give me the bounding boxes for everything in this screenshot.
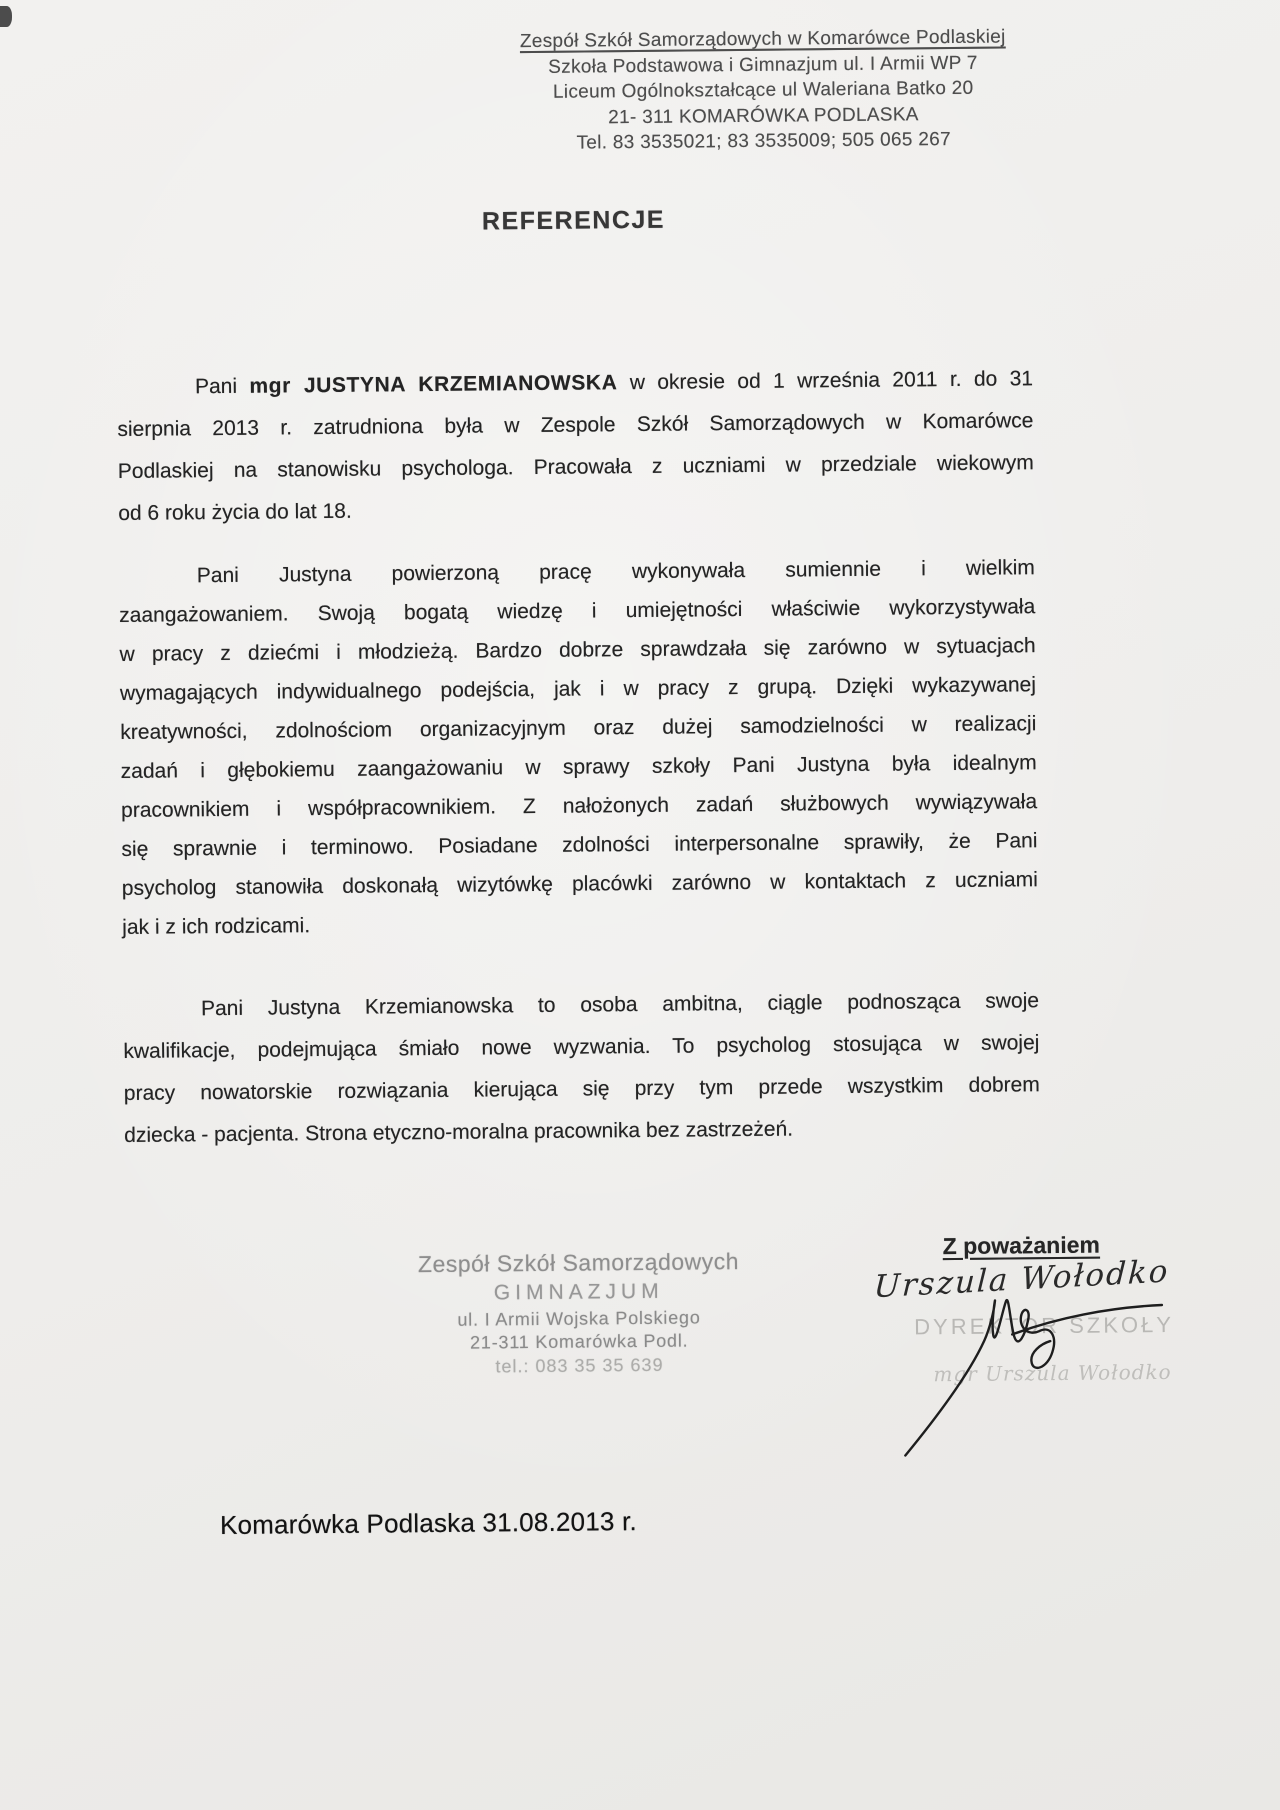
school-stamp: Zespół Szkół Samorządowych GIMNAZJUM ul.… xyxy=(343,1245,814,1380)
place-and-date: Komarówka Podlaska 31.08.2013 r. xyxy=(220,1506,637,1541)
school-stamp-name: Zespół Szkół Samorządowych xyxy=(343,1245,813,1280)
first-line-rest: w okresie od 1 września 2011 r. do 31 xyxy=(617,367,1033,394)
text-line: jak i z ich rodzicami. xyxy=(122,899,1038,947)
scanned-letter-page: Zespół Szkół Samorządowych w Komarówce P… xyxy=(0,0,1280,1810)
salutation-text: Pani xyxy=(195,375,250,399)
school-stamp-phone: tel.: 083 35 35 639 xyxy=(344,1351,814,1380)
letterhead-line: Tel. 83 3535021; 83 3535009; 505 065 267 xyxy=(511,126,1017,156)
text-line: pracy nowatorskie rozwiązania kierująca … xyxy=(124,1064,1040,1115)
document-title: REFERENCJE xyxy=(115,202,1031,240)
paragraph-employment: Pani mgr JUSTYNA KRZEMIANOWSKA w okresie… xyxy=(117,358,1035,535)
director-stamp-name: mgr Urszula Wołodko xyxy=(882,1359,1222,1386)
director-stamp-title: DYREKTOR SZKOŁY xyxy=(874,1312,1214,1341)
paragraph-performance: Pani Justyna powierzoną pracę wykonywała… xyxy=(119,548,1039,947)
text-line: dziecka - pacjenta. Strona etyczno-moral… xyxy=(124,1106,1040,1157)
paragraph-lines: sierpnia 2013 r. zatrudniona była w Zesp… xyxy=(117,400,1034,535)
letterhead-line: Liceum Ogólnokształcące ul Waleriana Bat… xyxy=(510,75,1016,105)
text-line: od 6 roku życia do lat 18. xyxy=(118,484,1034,535)
paragraph-character: Pani Justyna Krzemianowska to osoba ambi… xyxy=(123,980,1041,1157)
school-stamp-unit: GIMNAZJUM xyxy=(344,1275,814,1310)
signature-block: Z poważaniem Urszula Wołodko DYREKTOR SZ… xyxy=(851,1231,1192,1387)
letterhead: Zespół Szkół Samorządowych w Komarówce P… xyxy=(510,24,1017,156)
text-line: Podlaskiej na stanowisku psychologa. Pra… xyxy=(118,442,1034,493)
page-content: Zespół Szkół Samorządowych w Komarówce P… xyxy=(0,0,1280,1810)
employee-name: mgr JUSTYNA KRZEMIANOWSKA xyxy=(249,371,617,398)
